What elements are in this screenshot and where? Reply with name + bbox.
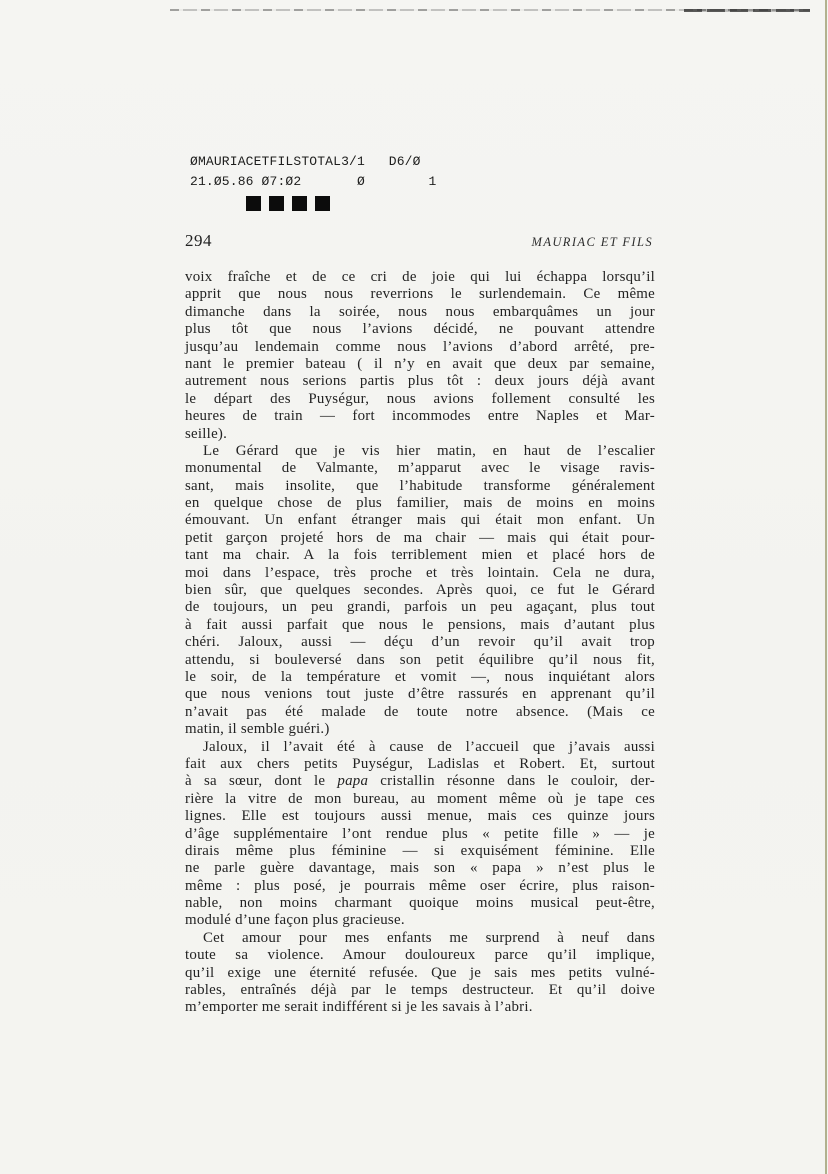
text-line: le soir, de la température et vomit —, n…	[185, 669, 655, 686]
text-line: sant, mais insolite, que l’habitude tran…	[185, 478, 655, 495]
text-line: m’emporter me serait indifférent si je l…	[185, 999, 655, 1016]
stamp-black-squares	[246, 196, 437, 211]
stamp-block	[315, 196, 330, 211]
text-line: plus tôt que nous l’avions décidé, ne po…	[185, 321, 655, 338]
text-line: autrement nous serions partis plus tôt :…	[185, 373, 655, 390]
text-line: matin, il semble guéri.)	[185, 721, 655, 738]
running-head: 294 MAURIAC ET FILS	[185, 231, 653, 251]
stamp-block	[246, 196, 261, 211]
text-line: rables, entraînés déjà par le temps dest…	[185, 982, 655, 999]
text-line: Jaloux, il l’avait été à cause de l’accu…	[185, 739, 655, 756]
text-line: Le Gérard que je vis hier matin, en haut…	[185, 443, 655, 460]
text-line: tant ma chair. A la fois terriblement mi…	[185, 547, 655, 564]
stamp-block	[292, 196, 307, 211]
page-body: voix fraîche et de ce cri de joie qui lu…	[185, 269, 655, 1017]
text-line: en quelque chose de plus familier, mais …	[185, 495, 655, 512]
text-line: seille).	[185, 426, 655, 443]
text-line: émouvant. Un enfant étranger mais qui ét…	[185, 512, 655, 529]
text-line: modulé d’une façon plus gracieuse.	[185, 912, 655, 929]
text-line: nant le premier bateau ( il n’y en avait…	[185, 356, 655, 373]
running-title: MAURIAC ET FILS	[532, 235, 653, 250]
text-line: même : plus posé, je pourrais même oser …	[185, 878, 655, 895]
text-line: moi dans l’espace, très proche et très l…	[185, 565, 655, 582]
text-line: petit garçon projeté hors de ma chair — …	[185, 530, 655, 547]
text-line: lignes. Elle est toujours aussi menue, m…	[185, 808, 655, 825]
text-line: chéri. Jaloux, aussi — déçu d’un revoir …	[185, 634, 655, 651]
scan-artifact-dark-segment	[684, 9, 810, 12]
text-line: heures de train — fort incommodes entre …	[185, 408, 655, 425]
text-line: fait aux chers petits Puységur, Ladislas…	[185, 756, 655, 773]
text-line: voix fraîche et de ce cri de joie qui lu…	[185, 269, 655, 286]
text-line: Cet amour pour mes enfants me surprend à…	[185, 930, 655, 947]
stamp-datetime-line: 21.Ø5.86 Ø7:Ø2 Ø 1	[190, 172, 437, 192]
text-line: monumental de Valmante, m’apparut avec l…	[185, 460, 655, 477]
text-line: dimanche dans la soirée, nous nous embar…	[185, 304, 655, 321]
text-line: nable, non moins charmant quoique moins …	[185, 895, 655, 912]
scanned-book-page: ØMAURIACETFILSTOTAL3/1 D6/Ø 21.Ø5.86 Ø7:…	[0, 0, 828, 1174]
text-line: à fait aussi parfait que nous le pension…	[185, 617, 655, 634]
text-line: dirais même plus féminine — si exquiséme…	[185, 843, 655, 860]
text-line: qu’il exige une éternité refusée. Que je…	[185, 965, 655, 982]
text-line: à sa sœur, dont le papa cristallin réson…	[185, 773, 655, 790]
text-line: que nous venions tout juste d’être rassu…	[185, 686, 655, 703]
text-line: le départ des Puységur, nous avions foll…	[185, 391, 655, 408]
text-line: rière la vitre de mon bureau, au moment …	[185, 791, 655, 808]
text-line: n’avait pas été malade de toute notre ab…	[185, 704, 655, 721]
scan-edge-line	[825, 0, 827, 1174]
text-line: apprit que nous nous reverrions le surle…	[185, 286, 655, 303]
stamp-code-line: ØMAURIACETFILSTOTAL3/1 D6/Ø	[190, 152, 437, 172]
text-line: toute sa violence. Amour douloureux parc…	[185, 947, 655, 964]
text-line: ne parle guère davantage, mais son « pap…	[185, 860, 655, 877]
text-line: attendu, si bouleversé dans son petit éq…	[185, 652, 655, 669]
text-line: d’âge supplémentaire l’ont rendue plus «…	[185, 826, 655, 843]
page-number: 294	[185, 231, 212, 251]
stamp-block	[269, 196, 284, 211]
print-stamp: ØMAURIACETFILSTOTAL3/1 D6/Ø 21.Ø5.86 Ø7:…	[190, 152, 437, 211]
text-line: de toujours, un peu grandi, parfois un p…	[185, 599, 655, 616]
text-line: jusqu’au lendemain comme nous l’avions d…	[185, 339, 655, 356]
text-line: bien sûr, que quelques secondes. Après q…	[185, 582, 655, 599]
